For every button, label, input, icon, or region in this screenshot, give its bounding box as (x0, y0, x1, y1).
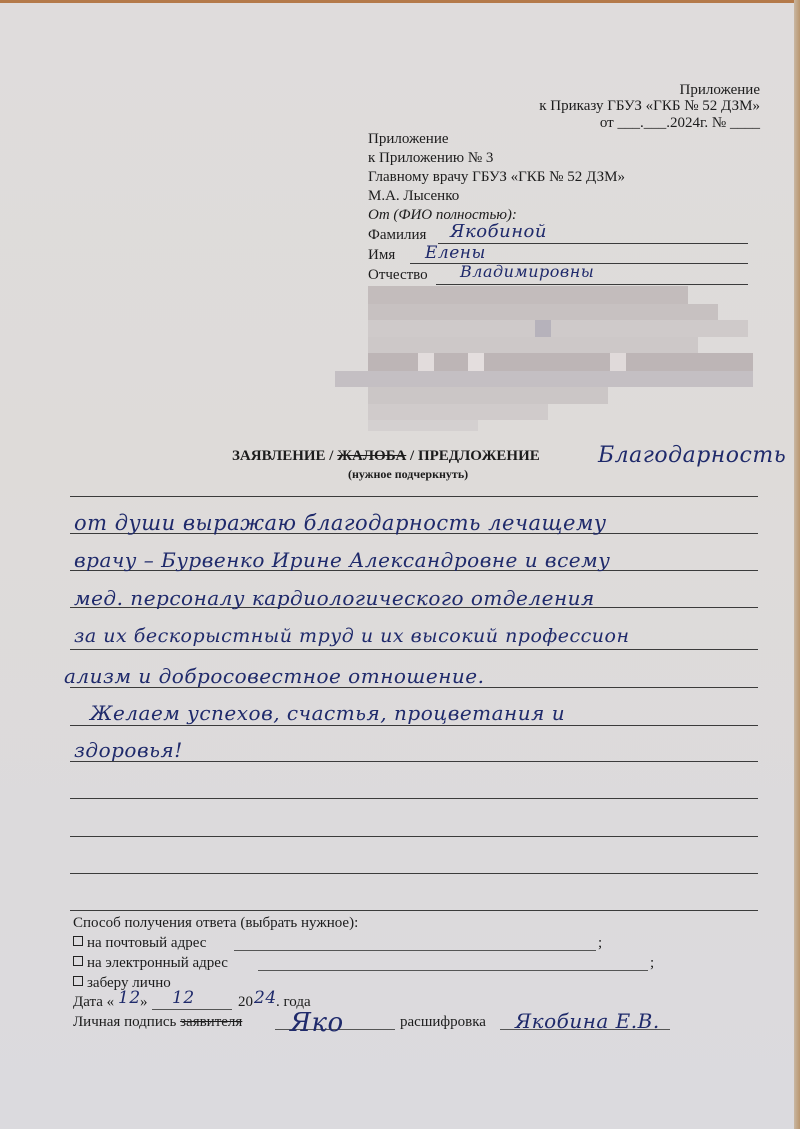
ruled-line (70, 873, 758, 874)
body-line-1[interactable]: от души выражаю благодарность лечащему (74, 511, 607, 535)
appendix-ref: к Приложению № 3 (368, 149, 493, 168)
table-surface-edge (794, 0, 800, 1129)
response-option-post[interactable]: на почтовый адрес (73, 934, 206, 953)
ruled-line (70, 910, 758, 911)
body-line-3[interactable]: мед. персоналу кардиологического отделен… (74, 586, 595, 610)
date-day[interactable]: 12 (118, 988, 141, 1008)
body-line-2[interactable]: врачу – Бурвенко Ирине Александровне и в… (74, 548, 610, 572)
ruled-line (70, 836, 758, 837)
response-method-title: Способ получения ответа (выбрать нужное)… (73, 914, 358, 933)
title-handwritten-gratitude[interactable]: Благодарность (598, 443, 786, 468)
response-option-email[interactable]: на электронный адрес (73, 954, 228, 973)
order-date-number: от ___.___.2024г. № ____ (460, 114, 760, 133)
date-year[interactable]: 24 (254, 988, 277, 1008)
document-page: Приложение к Приказу ГБУЗ «ГКБ № 52 ДЗМ»… (0, 3, 794, 1129)
title-hint: (нужное подчеркнуть) (348, 465, 468, 484)
date-label: Дата « (73, 993, 114, 1012)
name-label: Имя (368, 246, 395, 265)
document-title: ЗАЯВЛЕНИЕ / ЖАЛОБА / ПРЕДЛОЖЕНИЕ (232, 447, 540, 466)
patronymic-line (436, 284, 748, 285)
title-complaint-struck: ЖАЛОБА (337, 448, 406, 464)
body-line-5[interactable]: ализм и добросовестное отношение. (64, 664, 484, 688)
patronymic-label: Отчество (368, 266, 428, 285)
date-month[interactable]: 12 (172, 988, 195, 1008)
ruled-line (70, 496, 758, 497)
surname-field[interactable]: Якобиной (450, 221, 547, 242)
title-statement[interactable]: ЗАЯВЛЕНИЕ (232, 448, 326, 464)
appendix-label: Приложение (368, 130, 449, 149)
post-address-field[interactable] (234, 950, 596, 951)
patronymic-field[interactable]: Владимировны (460, 262, 594, 281)
body-line-7[interactable]: здоровья! (74, 738, 183, 762)
email-address-field[interactable] (258, 970, 648, 971)
name-field[interactable]: Елены (425, 243, 486, 263)
ruled-line (70, 649, 758, 650)
ruled-line (70, 798, 758, 799)
surname-label: Фамилия (368, 226, 426, 245)
redacted-personal-info (335, 286, 755, 431)
body-line-6[interactable]: Желаем успехов, счастья, процветания и (90, 701, 565, 725)
title-proposal[interactable]: ПРЕДЛОЖЕНИЕ (418, 448, 540, 464)
checkbox-post[interactable] (73, 936, 83, 946)
checkbox-pickup[interactable] (73, 976, 83, 986)
ruled-line (70, 725, 758, 726)
body-line-4[interactable]: за их бескорыстный труд и их высокий про… (74, 625, 630, 647)
date-month-line (152, 1009, 232, 1010)
decode-label: расшифровка (400, 1013, 486, 1032)
decode-field[interactable]: Якобина Е.В. (515, 1009, 660, 1033)
signature-field[interactable]: Яко (290, 1008, 344, 1038)
addressee-name: М.А. Лысенко (368, 187, 459, 206)
addressee-position: Главному врачу ГБУЗ «ГКБ № 52 ДЗМ» (368, 168, 625, 187)
signature-label: Личная подпись заявителя (73, 1013, 242, 1032)
checkbox-email[interactable] (73, 956, 83, 966)
